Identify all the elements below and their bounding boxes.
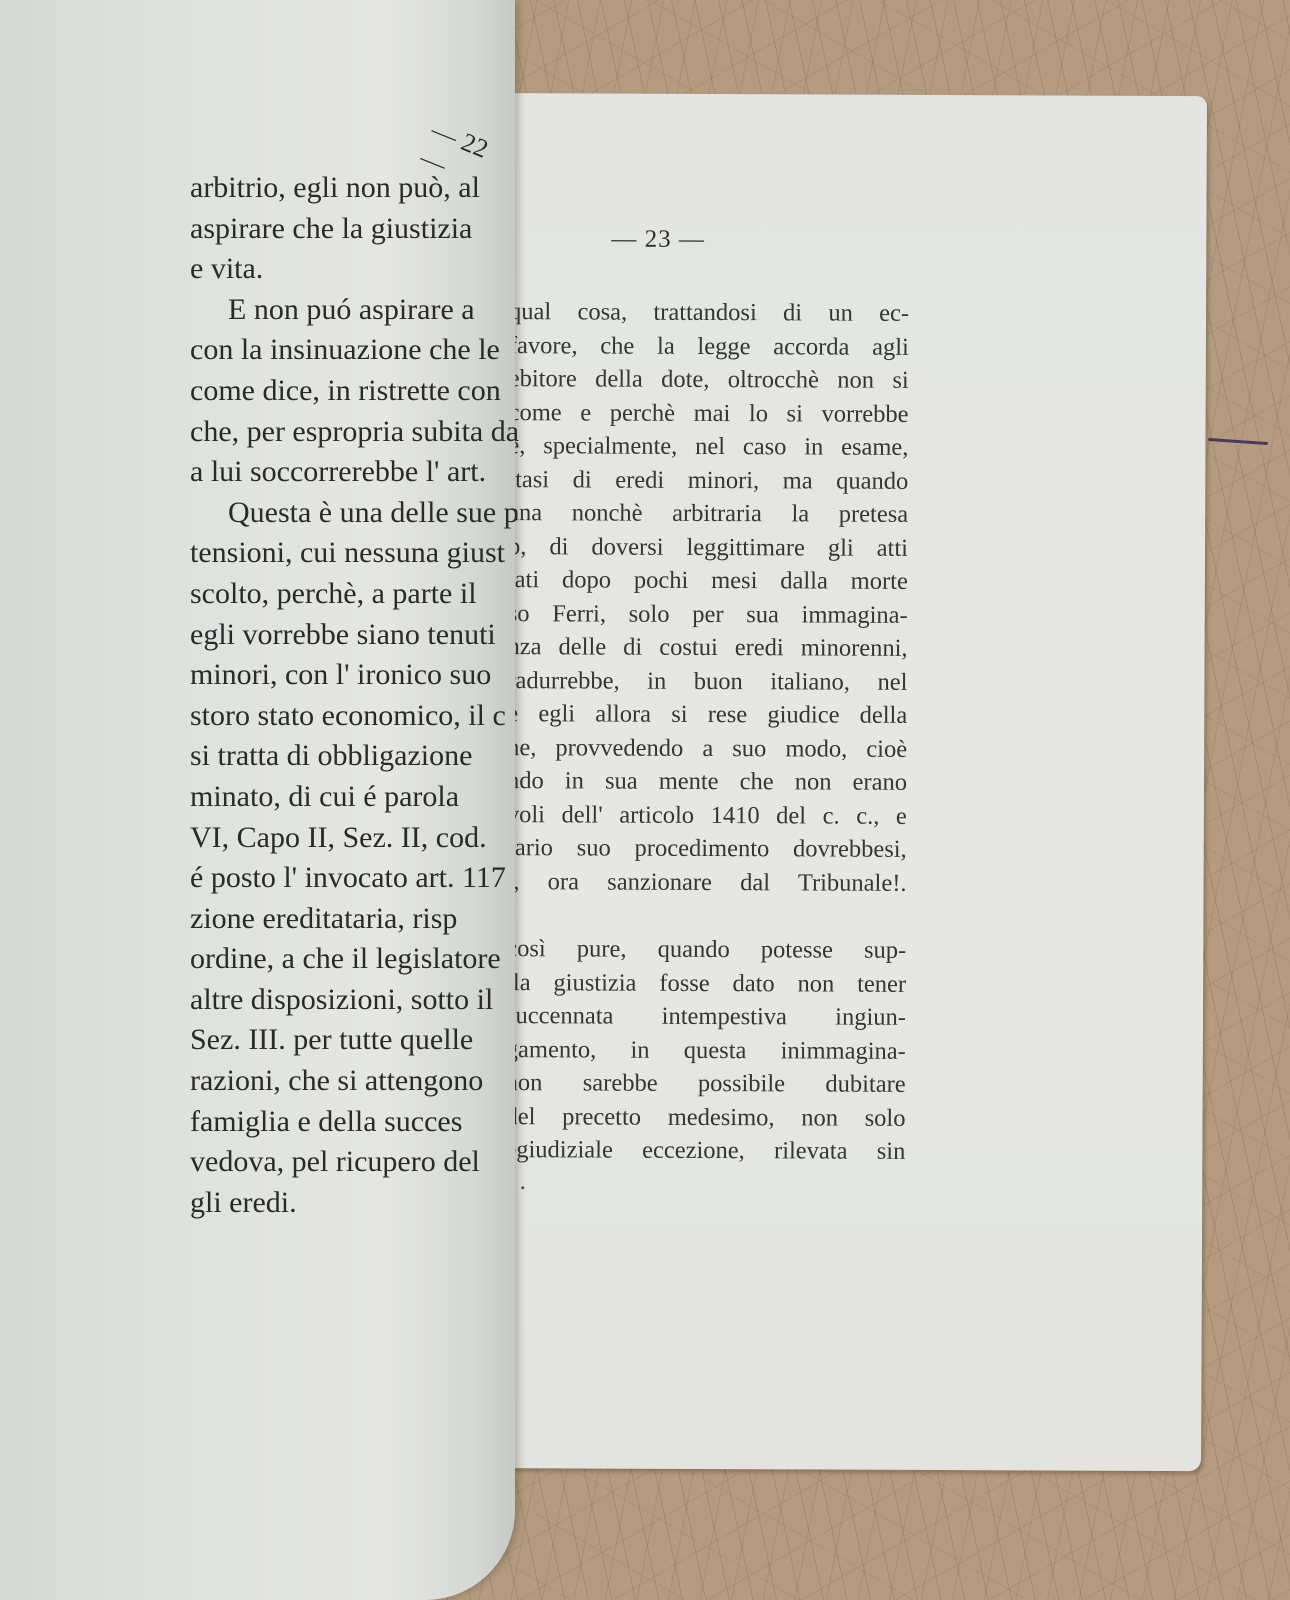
text-line: con la insinuazione che le: [190, 330, 520, 371]
text-line: zione ereditataria, risp: [190, 899, 520, 940]
text-line: rario suo procedimento dovrebbesi,: [507, 831, 907, 866]
text-line: ne, provvedendo a suo modo, cioè: [507, 731, 907, 766]
text-line: e, specialmente, nel caso in esame,: [508, 429, 908, 464]
right-page-text: qual cosa, trattandosi di un ec- favore,…: [505, 295, 909, 1168]
text-line: come dice, in ristrette con: [190, 371, 520, 412]
text-line: p, di doversi leggittimare gli atti: [508, 530, 908, 565]
text-line: famiglia e della succes: [190, 1102, 520, 1143]
text-line: storo stato economico, il c: [190, 696, 520, 737]
text-line: che, per espropria subita da: [190, 412, 520, 453]
text-line: i, ora sanzionare dal Tribunale!.: [506, 865, 906, 900]
text-line: ebitore della dote, oltrocchè non si: [509, 362, 909, 397]
text-line: a lui soccorrerebbe l' art.: [190, 452, 520, 493]
page-number-23: — 23 —: [611, 226, 705, 254]
text-line: lla giustizia fosse dato non tener: [506, 966, 906, 1001]
text-line: iati dopo pochi mesi dalla morte: [508, 563, 908, 598]
left-page-text: arbitrio, egli non può, al aspirare che …: [190, 168, 520, 1223]
text-line: egiudiziale eccezione, rilevata sin: [505, 1133, 905, 1168]
text-line: nza delle di costui eredi minorenni,: [508, 630, 908, 665]
text-line: come e perchè mai lo si vorrebbe: [509, 396, 909, 431]
text-line: così pure, quando potesse sup-: [506, 932, 906, 967]
text-line: vedova, pel ricupero del: [190, 1142, 520, 1183]
text-line: radurrebbe, in buon italiano, nel: [507, 664, 907, 699]
text-line: del precetto medesimo, non solo: [505, 1100, 905, 1135]
text-line: aspirare che la giustizia: [190, 209, 520, 250]
text-line: ttasi di eredi minori, ma quando: [508, 463, 908, 498]
text-line: e vita.: [190, 249, 520, 290]
text-line: razioni, che si attengono: [190, 1061, 520, 1102]
text-line: altre disposizioni, sotto il: [190, 980, 520, 1021]
text-line: so Ferri, solo per sua immagina-: [508, 597, 908, 632]
text-line: scolto, perchè, a parte il: [190, 574, 520, 615]
text-line: é posto l' invocato art. 117: [190, 858, 520, 899]
text-line: egli vorrebbe siano tenuti: [190, 615, 520, 656]
text-line: E non puó aspirare a: [190, 290, 520, 331]
text-line: favore, che la legge accorda agli: [509, 329, 909, 364]
text-line: ndo in sua mente che non erano: [507, 764, 907, 799]
text-line: Questa è una delle sue p: [190, 493, 520, 534]
text-line: ordine, a che il legislatore: [190, 939, 520, 980]
text-line: qual cosa, trattandosi di un ec-: [509, 295, 909, 330]
text-line: arbitrio, egli non può, al: [190, 168, 520, 209]
text-line: e egli allora si rese giudice della: [507, 697, 907, 732]
text-line: Sez. III. per tutte quelle: [190, 1020, 520, 1061]
text-line: minori, con l' ironico suo: [190, 655, 520, 696]
text-line: succennata intempestiva ingiun-: [506, 999, 906, 1034]
text-line: gamento, in questa inimmagina-: [506, 1033, 906, 1068]
text-line: VI, Capo II, Sez. II, cod.: [190, 818, 520, 859]
left-page: — 22 — arbitrio, egli non può, al aspira…: [0, 0, 515, 1600]
right-page: — 23 — qual cosa, trattandosi di un ec- …: [474, 93, 1207, 1471]
text-line: minato, di cui é parola: [190, 777, 520, 818]
text-line: ana nonchè arbitraria la pretesa: [508, 496, 908, 531]
ink-speck: [521, 1186, 524, 1189]
paragraph-gap: [506, 898, 906, 934]
text-line: tensioni, cui nessuna giust: [190, 533, 520, 574]
text-line: gli eredi.: [190, 1183, 520, 1224]
text-line: si tratta di obbligazione: [190, 736, 520, 777]
text-line: non sarebbe possibile dubitare: [506, 1066, 906, 1101]
text-line: voli dell' articolo 1410 del c. c., e: [507, 798, 907, 833]
